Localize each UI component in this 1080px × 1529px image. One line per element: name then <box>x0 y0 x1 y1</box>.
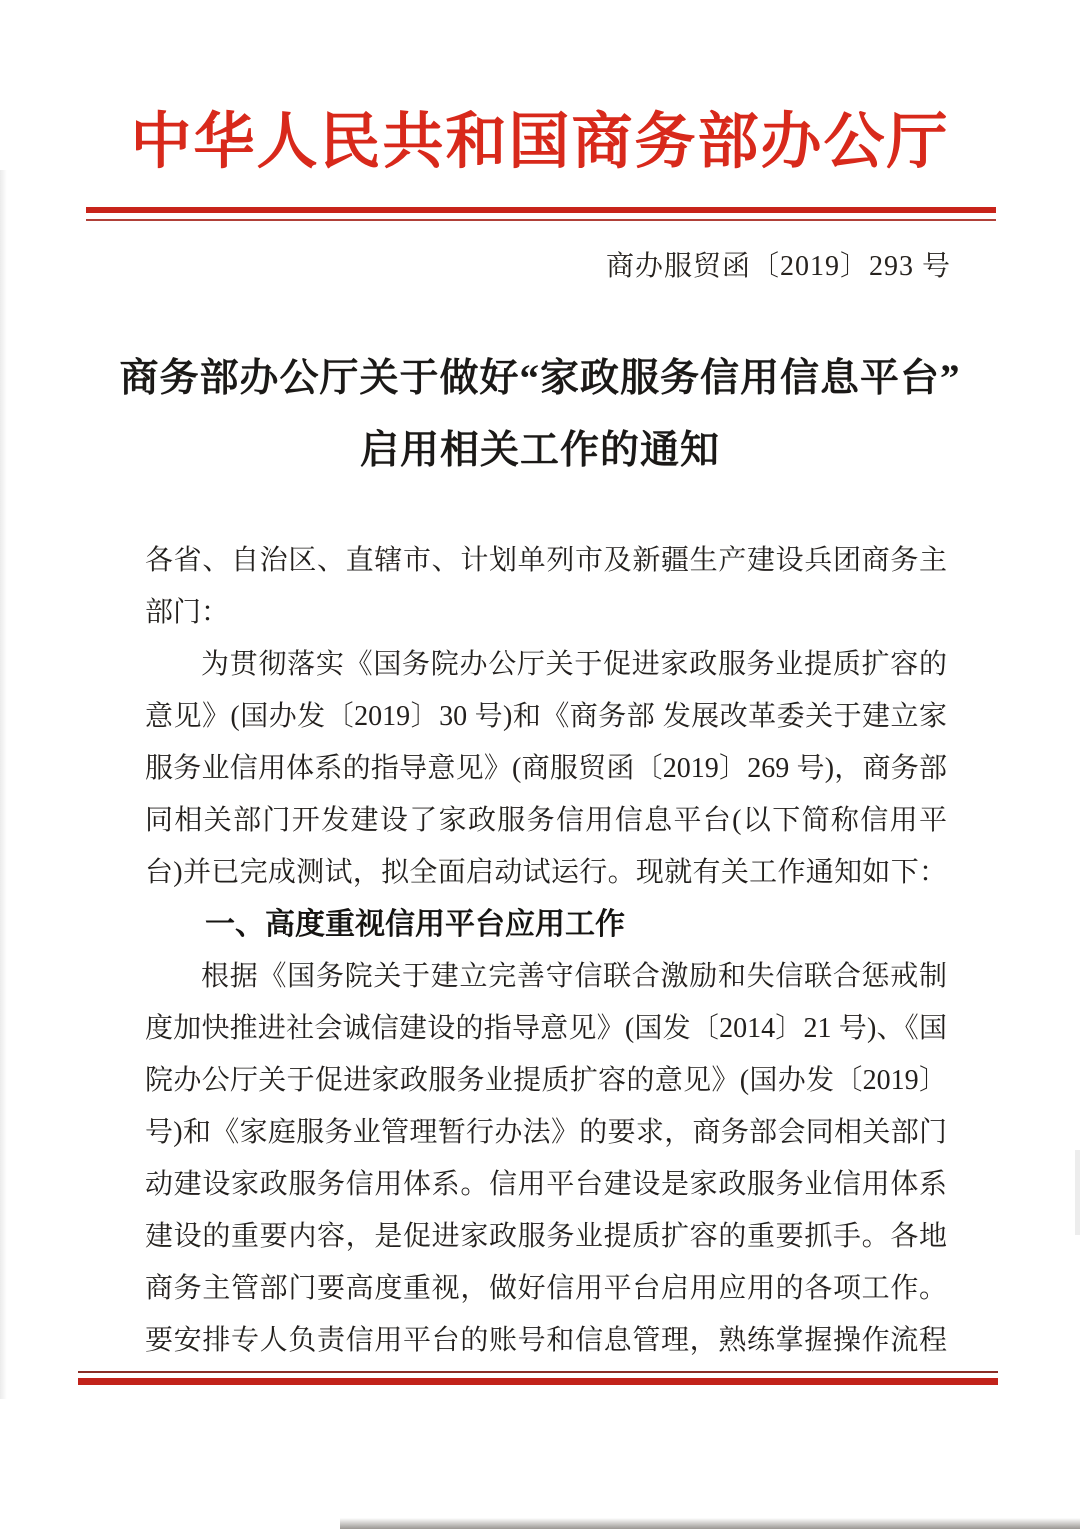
document-title-line-2: 启用相关工作的通知 <box>0 426 1080 476</box>
divider-thick-line <box>86 207 996 213</box>
paragraph-2-line-7: 商务主管部门要高度重视，做好信用平台启用应用的各项工作。 <box>145 1263 947 1315</box>
section-1-heading: 一、高度重视信用平台应用工作 <box>145 899 947 951</box>
paragraph-2-line-2: 度加快推进社会诚信建设的指导意见》(国发〔2014〕21 号)、《国务 <box>145 1003 947 1055</box>
paragraph-1-line-4: 同相关部门开发建设了家政服务信用信息平台(以下简称信用平 <box>145 795 947 847</box>
footer-thick-line <box>78 1378 998 1385</box>
document-number: 商办服贸函〔2019〕293 号 <box>606 247 951 287</box>
paragraph-2-line-1: 根据《国务院关于建立完善守信联合激励和失信联合惩戒制 <box>145 951 947 1003</box>
footer-thin-line <box>78 1371 998 1373</box>
footer-divider <box>78 1371 998 1385</box>
salutation-line-1: 各省、自治区、直辖市、计划单列市及新疆生产建设兵团商务主管 <box>145 535 947 587</box>
paragraph-1-line-1: 为贯彻落实《国务院办公厅关于促进家政服务业提质扩容的 <box>145 639 947 691</box>
paragraph-1-line-5: 台)并已完成测试，拟全面启动试运行。现就有关工作通知如下： <box>145 847 947 899</box>
paragraph-2-line-6: 建设的重要内容，是促进家政服务业提质扩容的重要抓手。各地 <box>145 1211 947 1263</box>
paragraph-1-line-3: 服务业信用体系的指导意见》(商服贸函〔2019〕269 号)，商务部会 <box>145 743 947 795</box>
document-page: 中华人民共和国商务部办公厅 商办服贸函〔2019〕293 号 商务部办公厅关于做… <box>0 0 1080 1529</box>
document-title-line-1: 商务部办公厅关于做好“家政服务信用信息平台” <box>0 354 1080 404</box>
document-body: 各省、自治区、直辖市、计划单列市及新疆生产建设兵团商务主管 部门： 为贯彻落实《… <box>145 535 947 1367</box>
salutation-line-2: 部门： <box>145 587 947 639</box>
paragraph-2-line-8: 要安排专人负责信用平台的账号和信息管理，熟练掌握操作流程 <box>145 1315 947 1367</box>
letterhead-divider <box>86 207 996 221</box>
letterhead-title: 中华人民共和国商务部办公厅 <box>0 100 1080 186</box>
paragraph-2-line-4: 号)和《家庭服务业管理暂行办法》的要求，商务部会同相关部门推 <box>145 1107 947 1159</box>
paragraph-2-line-5: 动建设家政服务信用体系。信用平台建设是家政服务业信用体系 <box>145 1159 947 1211</box>
paragraph-1-line-2: 意见》(国办发〔2019〕30 号)和《商务部 发展改革委关于建立家政 <box>145 691 947 743</box>
divider-thin-line <box>86 219 996 221</box>
scan-streak-right <box>1075 1150 1080 1235</box>
paragraph-2-line-3: 院办公厅关于促进家政服务业提质扩容的意见》(国办发〔2019〕30 <box>145 1055 947 1107</box>
scan-edge-shadow-bottom <box>340 1518 1080 1529</box>
